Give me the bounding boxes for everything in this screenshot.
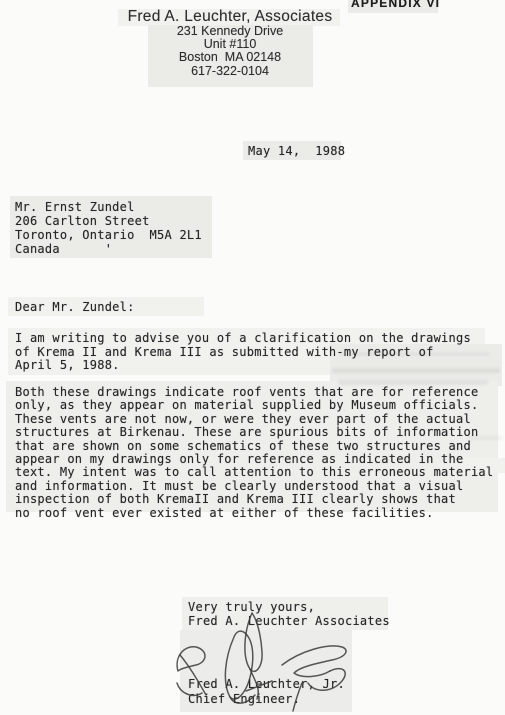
- company-address: 231 Kennedy Drive Unit #110 Boston MA 02…: [110, 25, 350, 78]
- signature-scribble: [162, 607, 352, 715]
- appendix-label: APPENDIX VI: [351, 0, 440, 10]
- letterhead: Fred A. Leuchter, Associates 231 Kennedy…: [110, 8, 350, 78]
- company-name: Fred A. Leuchter, Associates: [110, 8, 350, 25]
- date-line: May 14, 1988: [248, 144, 345, 158]
- recipient-address: Mr. Ernst Zundel 206 Carlton Street Toro…: [15, 200, 202, 256]
- body-paragraph-2: Both these drawings indicate roof vents …: [15, 386, 493, 520]
- letter-page: APPENDIX VI Fred A. Leuchter, Associates…: [0, 0, 505, 715]
- body-paragraph-1: I am writing to advise you of a clarific…: [15, 332, 471, 373]
- salutation: Dear Mr. Zundel:: [15, 300, 135, 314]
